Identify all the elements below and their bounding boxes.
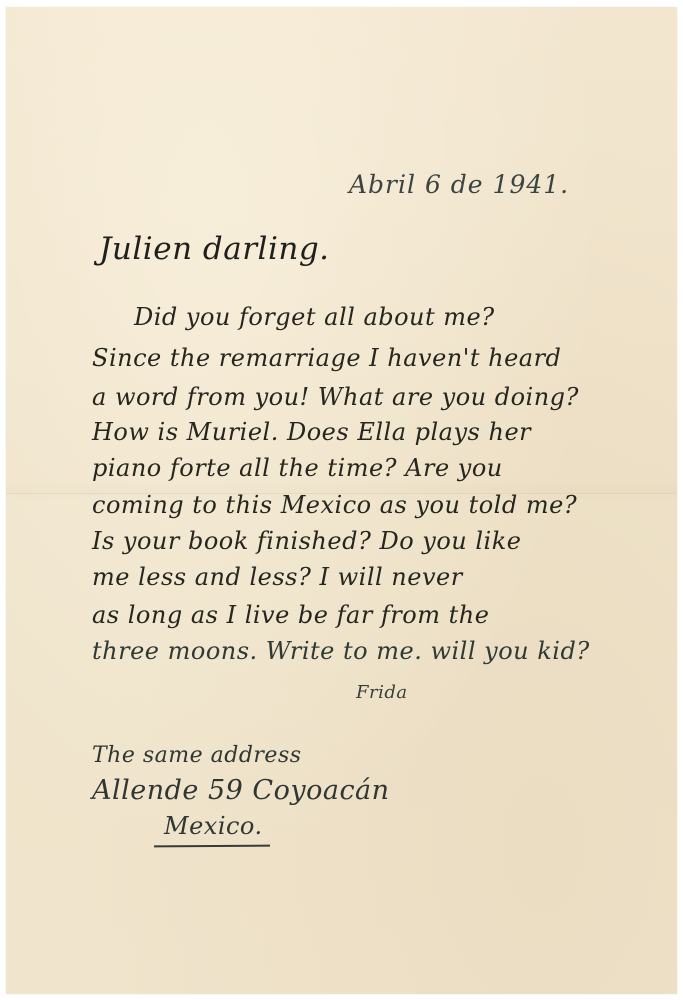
letter-body-line: as long as I live be far from the	[92, 601, 489, 629]
letter-body-line: Since the remarriage I haven't heard	[92, 344, 561, 372]
letter-salutation: Julien darling.	[99, 231, 330, 267]
letter-body-line: piano forte all the time? Are you	[92, 454, 503, 482]
letter-body-line: How is Muriel. Does Ella plays her	[92, 418, 531, 446]
letter-date: Abril 6 de 1941.	[349, 170, 569, 199]
address-underline	[154, 845, 270, 847]
letter-paper: Abril 6 de 1941. Julien darling. Did you…	[6, 7, 677, 994]
address-line-2: Allende 59 Coyoacán	[92, 775, 390, 806]
letter-signature: Frida	[356, 682, 408, 703]
address-line-1: The same address	[92, 743, 302, 768]
letter-body-line: coming to this Mexico as you told me?	[92, 491, 577, 519]
letter-body-line: Did you forget all about me?	[134, 303, 495, 331]
letter-body-line: me less and less? I will never	[92, 563, 463, 591]
letter-body-line: three moons. Write to me. will you kid?	[92, 637, 590, 665]
address-line-3: Mexico.	[164, 812, 263, 840]
letter-body-line: a word from you! What are you doing?	[92, 383, 579, 411]
letter-body-line: Is your book finished? Do you like	[92, 527, 521, 555]
